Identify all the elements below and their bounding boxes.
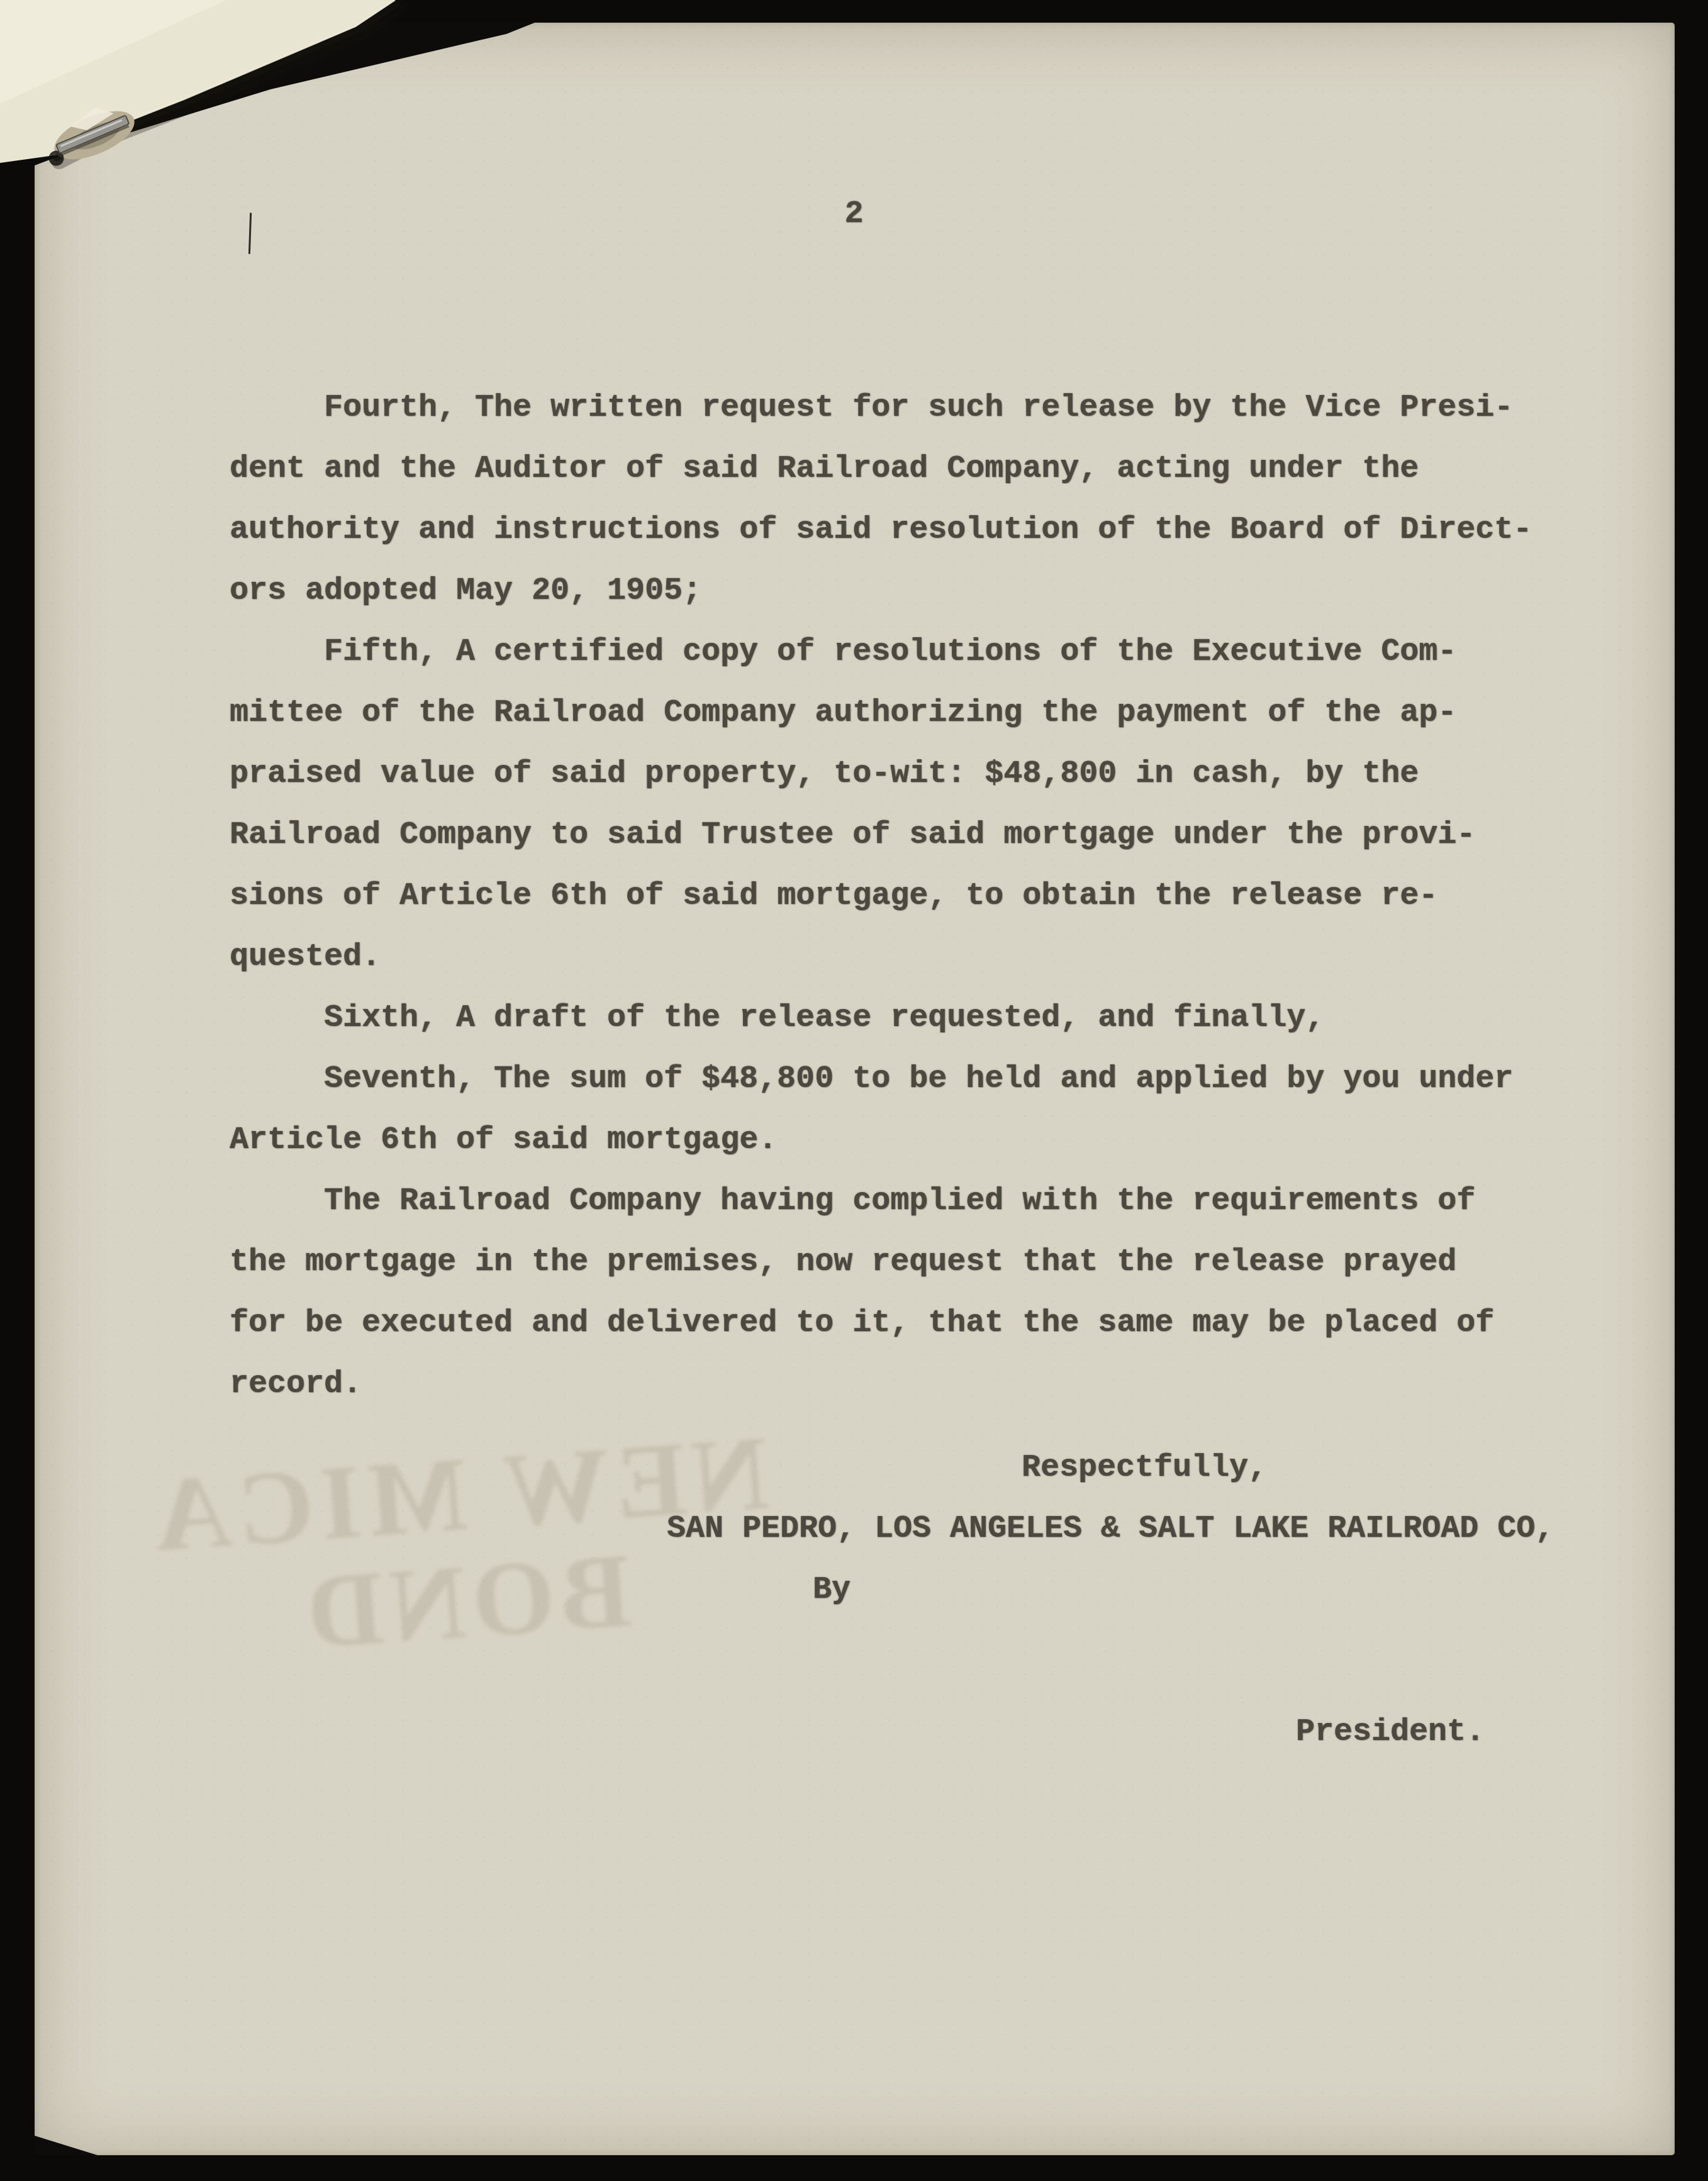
folded-corner: [0, 0, 818, 189]
closing-president-title: President.: [1296, 1702, 1485, 1763]
typed-line: dent and the Auditor of said Railroad Co…: [230, 438, 1588, 499]
typed-line: Railroad Company to said Trustee of said…: [230, 805, 1588, 866]
closing-respectfully: Respectfully,: [1022, 1437, 1267, 1498]
typed-line: Sixth, A draft of the release requested,…: [230, 988, 1588, 1049]
ghost-watermark-line2: BOND: [297, 1532, 635, 1671]
corner-chip-shape: [35, 2136, 98, 2155]
typed-line: for be executed and delivered to it, tha…: [230, 1293, 1588, 1354]
typed-line: record.: [230, 1354, 1588, 1415]
corner-chip: [35, 2136, 98, 2155]
typed-line: the mortgage in the premises, now reques…: [230, 1232, 1588, 1293]
typed-line: Fifth, A certified copy of resolutions o…: [230, 622, 1588, 683]
typed-body-text: Fourth, The written request for such rel…: [230, 377, 1588, 1415]
typed-line: ors adopted May 20, 1905;: [230, 561, 1588, 622]
typed-line: Seventh, The sum of $48,800 to be held a…: [230, 1049, 1588, 1110]
typed-line: Article 6th of said mortgage.: [230, 1110, 1588, 1171]
typed-line: praised value of said property, to-wit: …: [230, 744, 1588, 805]
closing-by-label: By: [813, 1559, 851, 1620]
typed-line: mittee of the Railroad Company authorizi…: [230, 683, 1588, 744]
closing-company-name: SAN PEDRO, LOS ANGELES & SALT LAKE RAILR…: [667, 1498, 1554, 1559]
typed-line: The Railroad Company having complied wit…: [230, 1171, 1588, 1232]
scanned-document-page: NEW MICA BOND 2 Fourth, The written requ…: [0, 0, 1708, 2181]
page-number: 2: [0, 196, 1708, 232]
typed-line: quested.: [230, 927, 1588, 988]
typed-line: sions of Article 6th of said mortgage, t…: [230, 866, 1588, 927]
typed-line: Fourth, The written request for such rel…: [230, 377, 1588, 438]
typed-line: authority and instructions of said resol…: [230, 499, 1588, 561]
